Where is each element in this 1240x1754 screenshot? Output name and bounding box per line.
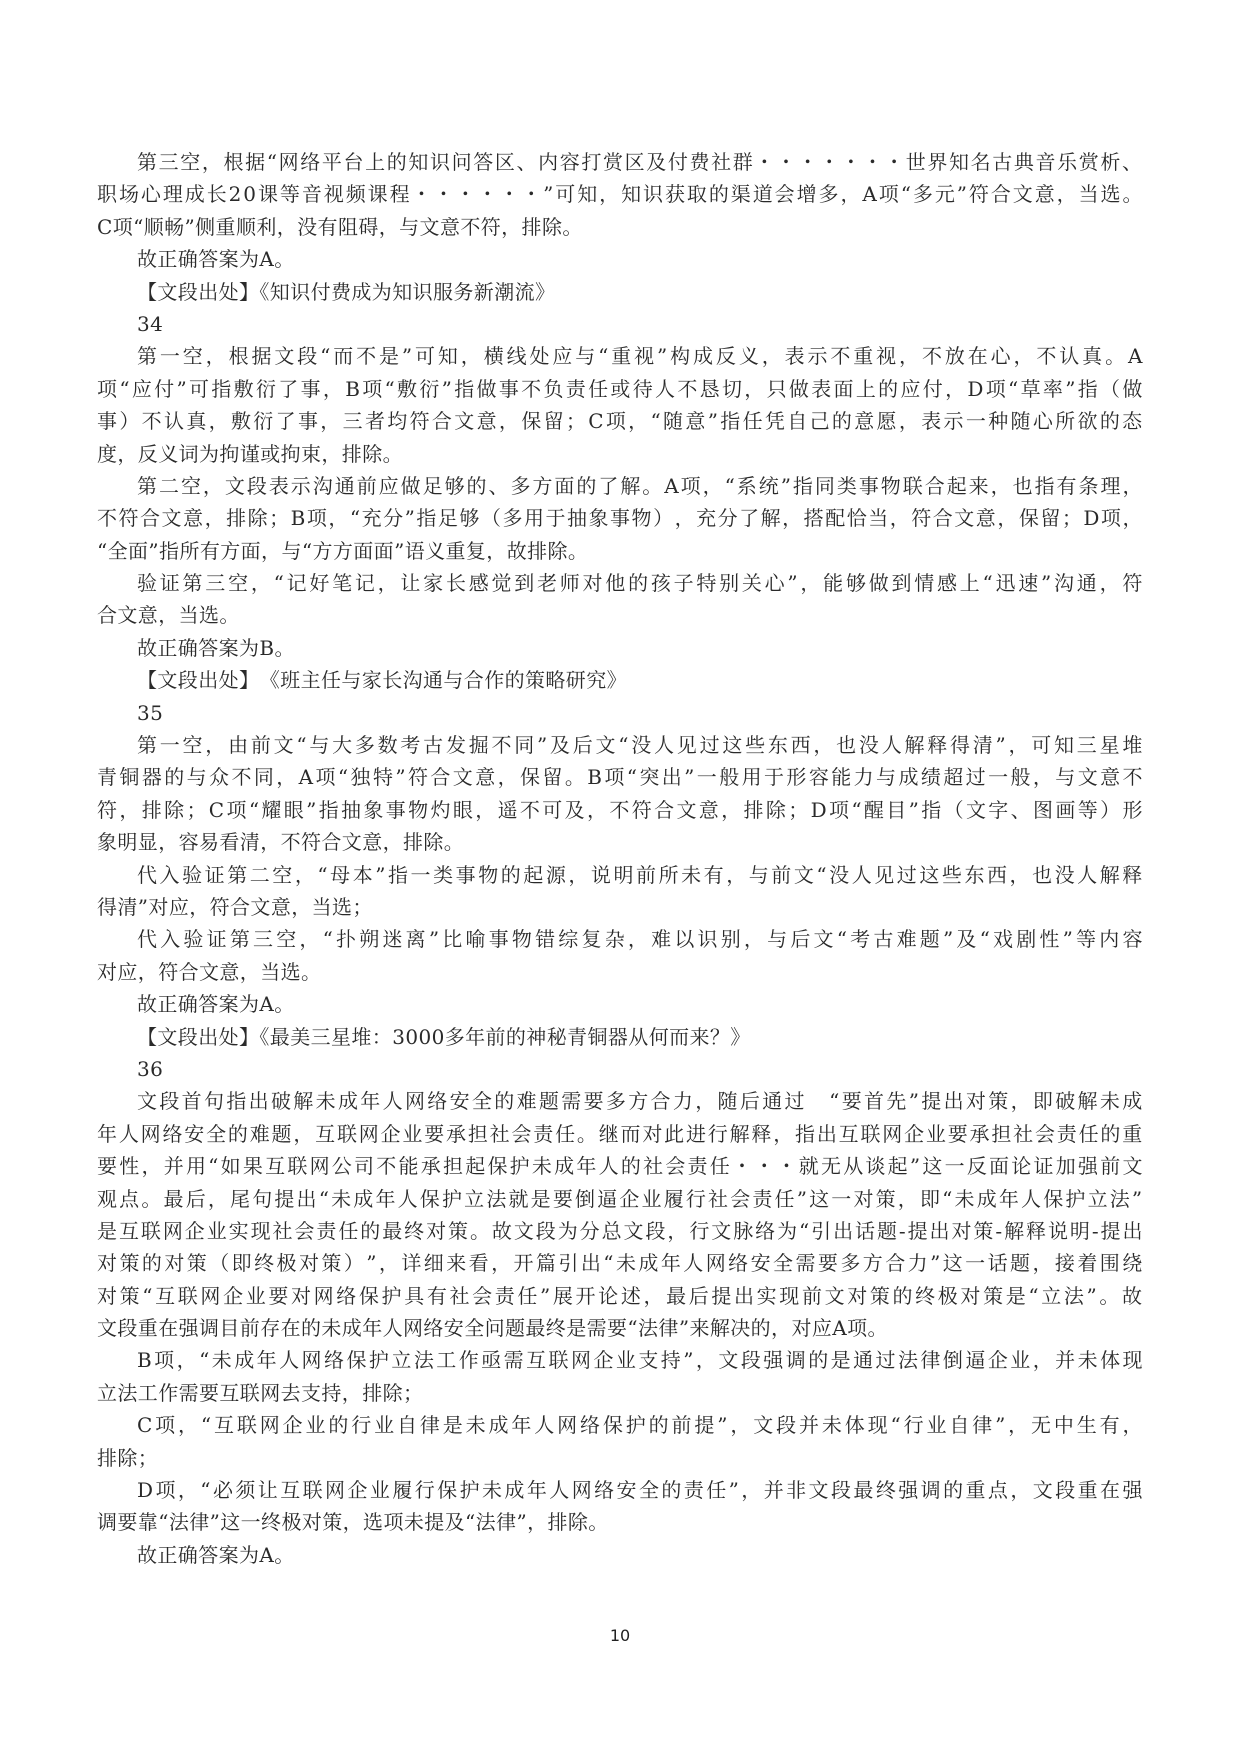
text-line: 36 <box>97 1053 1157 1085</box>
text-line: 项“应付”可指敷衍了事，B项“敷衍”指做事不负责任或待人不恳切，只做表面上的应付… <box>97 373 1143 405</box>
line-chars: 是互联网企业实现社会责任的最终对策。故文段为分总文段，行文脉络为“引出话题-提出… <box>97 1215 1143 1247</box>
text-line: B项，“未成年人网络保护立法工作亟需互联网企业支持”，文段强调的是通过法律倒逼企… <box>97 1344 1143 1376</box>
line-chars: 第一空，根据文段“而不是”可知，横线处应与“重视”构成反义，表示不重视，不放在心… <box>137 340 1143 372</box>
line-chars: 不符合文意，排除；B项，“充分”指足够（多用于抽象事物），充分了解，搭配恰当，符… <box>97 502 1143 534</box>
text-line: 验证第三空，“记好笔记，让家长感觉到老师对他的孩子特别关心”，能够做到情感上“迅… <box>97 567 1143 599</box>
text-line: 故正确答案为A。 <box>97 988 1157 1020</box>
text-line: 【文段出处】《最美三星堆：3000多年前的神秘青铜器从何而来？》 <box>97 1021 1157 1053</box>
text-line: 年人网络安全的难题，互联网企业要承担社会责任。继而对此进行解释，指出互联网企业要… <box>97 1118 1143 1150</box>
text-line: 排除； <box>97 1442 1157 1474</box>
line-chars: 代入验证第三空，“扑朔迷离”比喻事物错综复杂，难以识别，与后文“考古难题”及“戏… <box>137 923 1143 955</box>
text-line: 代入验证第三空，“扑朔迷离”比喻事物错综复杂，难以识别，与后文“考古难题”及“戏… <box>97 923 1143 955</box>
text-line: 得清”对应，符合文意，当选； <box>97 891 1157 923</box>
text-line: 故正确答案为A。 <box>97 1539 1157 1571</box>
text-line: 合文意，当选。 <box>97 599 1157 631</box>
line-chars: D项，“必须让互联网企业履行保护未成年人网络安全的责任”，并非文段最终强调的重点… <box>137 1474 1143 1506</box>
text-line: 立法工作需要互联网去支持，排除； <box>97 1377 1157 1409</box>
text-line: 文段重在强调目前存在的未成年人网络安全问题最终是需要“法律”来解决的，对应A项。 <box>97 1312 1157 1344</box>
text-line: 第一空，根据文段“而不是”可知，横线处应与“重视”构成反义，表示不重视，不放在心… <box>97 340 1143 372</box>
line-chars: 第一空，由前文“与大多数考古发掘不同”及后文“没人见过这些东西，也没人解释得清”… <box>137 729 1143 761</box>
line-chars: 验证第三空，“记好笔记，让家长感觉到老师对他的孩子特别关心”，能够做到情感上“迅… <box>137 567 1143 599</box>
text-line: D项，“必须让互联网企业履行保护未成年人网络安全的责任”，并非文段最终强调的重点… <box>97 1474 1143 1506</box>
page-number: 10 <box>0 1626 1240 1645</box>
text-line: 34 <box>97 308 1157 340</box>
line-chars: 文段首句指出破解未成年人网络安全的难题需要多方合力，随后通过 “要首先”提出对策… <box>137 1085 1143 1117</box>
text-line: 调要靠“法律”这一终极对策，选项未提及“法律”，排除。 <box>97 1506 1157 1538</box>
text-line: 不符合文意，排除；B项，“充分”指足够（多用于抽象事物），充分了解，搭配恰当，符… <box>97 502 1143 534</box>
text-line: 对应，符合文意，当选。 <box>97 956 1157 988</box>
text-line: 事）不认真，敷衍了事，三者均符合文意，保留；C项，“随意”指任凭自己的意愿，表示… <box>97 405 1143 437</box>
text-line: 要性，并用“如果互联网公司不能承担起保护未成年人的社会责任・・・就无从谈起”这一… <box>97 1150 1143 1182</box>
line-chars: 要性，并用“如果互联网公司不能承担起保护未成年人的社会责任・・・就无从谈起”这一… <box>97 1150 1143 1182</box>
line-chars: 职场心理成长20课等音视频课程・・・・・・”可知，知识获取的渠道会增多，A项“多… <box>97 178 1143 210</box>
text-line: 对策“互联网企业要对网络保护具有社会责任”展开论述，最后提出实现前文对策的终极对… <box>97 1280 1143 1312</box>
text-line: 文段首句指出破解未成年人网络安全的难题需要多方合力，随后通过 “要首先”提出对策… <box>97 1085 1143 1117</box>
text-line: 象明显，容易看清，不符合文意，排除。 <box>97 826 1157 858</box>
text-line: 第二空，文段表示沟通前应做足够的、多方面的了解。A项，“系统”指同类事物联合起来… <box>97 470 1143 502</box>
text-line: 青铜器的与众不同，A项“独特”符合文意，保留。B项“突出”一般用于形容能力与成绩… <box>97 761 1143 793</box>
text-line: 故正确答案为B。 <box>97 632 1157 664</box>
line-chars: 观点。最后，尾句提出“未成年人保护立法就是要倒逼企业履行社会责任”这一对策，即“… <box>97 1183 1143 1215</box>
text-line: 第一空，由前文“与大多数考古发掘不同”及后文“没人见过这些东西，也没人解释得清”… <box>97 729 1143 761</box>
text-line: 【文段出处】《知识付费成为知识服务新潮流》 <box>97 276 1157 308</box>
line-chars: 对策的对策（即终极对策）”，详细来看，开篇引出“未成年人网络安全需要多方合力”这… <box>97 1247 1143 1279</box>
line-chars: 项“应付”可指敷衍了事，B项“敷衍”指做事不负责任或待人不恳切，只做表面上的应付… <box>97 373 1143 405</box>
text-line: C项“顺畅”侧重顺利，没有阻碍，与文意不符，排除。 <box>97 211 1157 243</box>
line-chars: 符，排除；C项“耀眼”指抽象事物灼眼，遥不可及，不符合文意，排除；D项“醒目”指… <box>97 794 1143 826</box>
line-chars: 代入验证第二空，“母本”指一类事物的起源，说明前所未有，与前文“没人见过这些东西… <box>137 859 1143 891</box>
text-line: 35 <box>97 697 1157 729</box>
line-chars: 事）不认真，敷衍了事，三者均符合文意，保留；C项，“随意”指任凭自己的意愿，表示… <box>97 405 1143 437</box>
text-line: 观点。最后，尾句提出“未成年人保护立法就是要倒逼企业履行社会责任”这一对策，即“… <box>97 1183 1143 1215</box>
line-chars: 年人网络安全的难题，互联网企业要承担社会责任。继而对此进行解释，指出互联网企业要… <box>97 1118 1143 1150</box>
text-line: 度，反义词为拘谨或拘束，排除。 <box>97 438 1157 470</box>
text-line: 故正确答案为A。 <box>97 243 1157 275</box>
text-line: “全面”指所有方面，与“方方面面”语义重复，故排除。 <box>97 535 1157 567</box>
text-line: 职场心理成长20课等音视频课程・・・・・・”可知，知识获取的渠道会增多，A项“多… <box>97 178 1143 210</box>
line-chars: 第三空，根据“网络平台上的知识问答区、内容打赏区及付费社群・・・・・・・世界知名… <box>137 146 1143 178</box>
line-chars: B项，“未成年人网络保护立法工作亟需互联网企业支持”，文段强调的是通过法律倒逼企… <box>137 1344 1143 1376</box>
text-line: 是互联网企业实现社会责任的最终对策。故文段为分总文段，行文脉络为“引出话题-提出… <box>97 1215 1143 1247</box>
text-line: 符，排除；C项“耀眼”指抽象事物灼眼，遥不可及，不符合文意，排除；D项“醒目”指… <box>97 794 1143 826</box>
line-chars: C项，“互联网企业的行业自律是未成年人网络保护的前提”，文段并未体现“行业自律”… <box>137 1409 1143 1441</box>
line-chars: 第二空，文段表示沟通前应做足够的、多方面的了解。A项，“系统”指同类事物联合起来… <box>137 470 1143 502</box>
text-line: 第三空，根据“网络平台上的知识问答区、内容打赏区及付费社群・・・・・・・世界知名… <box>97 146 1143 178</box>
line-chars: 青铜器的与众不同，A项“独特”符合文意，保留。B项“突出”一般用于形容能力与成绩… <box>97 761 1143 793</box>
text-line: 【文段出处】 《班主任与家长沟通与合作的策略研究》 <box>97 664 1157 696</box>
text-line: C项，“互联网企业的行业自律是未成年人网络保护的前提”，文段并未体现“行业自律”… <box>97 1409 1143 1441</box>
text-line: 代入验证第二空，“母本”指一类事物的起源，说明前所未有，与前文“没人见过这些东西… <box>97 859 1143 891</box>
document-body: 第三空，根据“网络平台上的知识问答区、内容打赏区及付费社群・・・・・・・世界知名… <box>97 146 1157 1571</box>
line-chars: 对策“互联网企业要对网络保护具有社会责任”展开论述，最后提出实现前文对策的终极对… <box>97 1280 1143 1312</box>
text-line: 对策的对策（即终极对策）”，详细来看，开篇引出“未成年人网络安全需要多方合力”这… <box>97 1247 1143 1279</box>
